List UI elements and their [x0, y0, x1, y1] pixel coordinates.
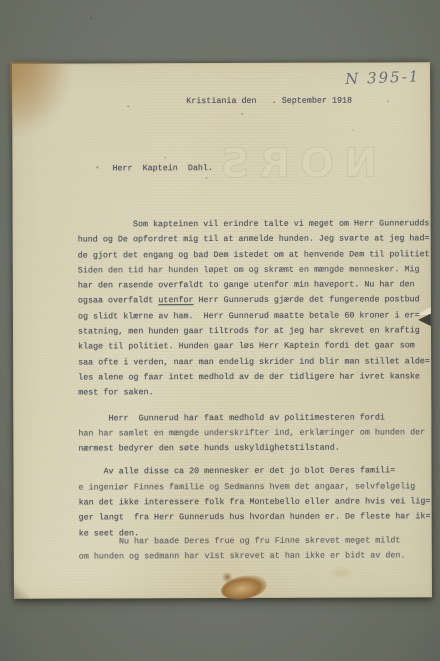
scanned-letter-page: NORS N 395-1 Kristiania den . September … [12, 62, 432, 598]
typed-line: Av alle disse ca 20 mennesker er det jo … [78, 464, 432, 481]
ink-speck [127, 105, 129, 107]
typed-line: mest for saken. [78, 385, 432, 402]
ink-speck [96, 166, 98, 168]
typed-line: og slidt klærne av ham. Herr Gunnerud ma… [78, 308, 432, 325]
salutation: Herr Kaptein Dahl. [112, 161, 213, 177]
letter-body: Som kapteinen vil erindre talte vi meget… [78, 216, 433, 565]
line-segment: ogsaa overfaldt [78, 296, 158, 306]
typed-line: nærmest bedyrer den søte hunds uskyldigh… [78, 440, 432, 457]
typed-line: saa ofte i verden, naar man endelig skri… [78, 354, 432, 371]
typed-line: les alene og faar intet medhold av de de… [78, 369, 432, 386]
typed-line: Som kapteinen vil erindre talte vi meget… [78, 216, 432, 233]
paragraph: Av alle disse ca 20 mennesker er det jo … [78, 464, 432, 542]
faint-stain [327, 566, 355, 581]
corner-stain [10, 62, 70, 137]
typed-line: om hunden og sedmann har vist skrevet at… [79, 549, 433, 566]
bottom-left-fold [14, 582, 30, 599]
paragraph: Nu har baade Deres frue og fru Finne skr… [79, 533, 433, 565]
underlined-word: utenfor [158, 296, 193, 306]
archival-mark-handwritten: N 395-1 [345, 67, 438, 89]
typed-line: e ingeniør Finnes familie og Sedmanns hv… [79, 479, 433, 496]
typed-line: statning, men hunden gaar tiltrods for a… [78, 323, 432, 340]
bottom-stain [219, 573, 268, 602]
typed-line: kan det ikke interessere folk fra Monteb… [79, 494, 433, 511]
ink-speck [241, 113, 243, 115]
board-speck [55, 631, 57, 633]
typed-line: de gjort det engang og bad Dem istedet o… [78, 247, 432, 264]
pencil-speck [352, 130, 354, 131]
typed-line: ogsaa overfaldt utenfor Herr Gunneruds g… [78, 293, 432, 310]
typed-line: klage til politiet. Hunden gaar løs Herr… [78, 339, 432, 356]
paragraph: Herr Gunnerud har faat medhold av politi… [78, 410, 432, 457]
line-segment: Herr Gunneruds gjærde det fungerende pos… [193, 295, 419, 306]
typed-line: Nu har baade Deres frue og fru Finne skr… [79, 533, 433, 550]
typed-line: hund og De opfordret mig til at anmelde … [78, 232, 432, 249]
ink-speck [164, 157, 166, 158]
typed-line: han har samlet en mængde underskrifter i… [78, 425, 432, 442]
typed-line: Siden den tid har hunden løpet om og skr… [78, 262, 432, 279]
dateline: Kristiania den . September 1918 [186, 94, 352, 110]
paragraph: Som kapteinen vil erindre talte vi meget… [78, 216, 433, 401]
typed-line: Herr Gunnerud har faat medhold av politi… [78, 410, 432, 427]
ink-speck [205, 177, 207, 179]
pencil-speck [387, 100, 389, 102]
typed-line: ger langt fra Herr Gunneruds hus hvordan… [79, 510, 433, 527]
typed-line: har den rasende overfaldt to gange utenf… [78, 277, 432, 294]
paper-watermark: NORS [210, 140, 377, 187]
board-speck [90, 17, 92, 19]
